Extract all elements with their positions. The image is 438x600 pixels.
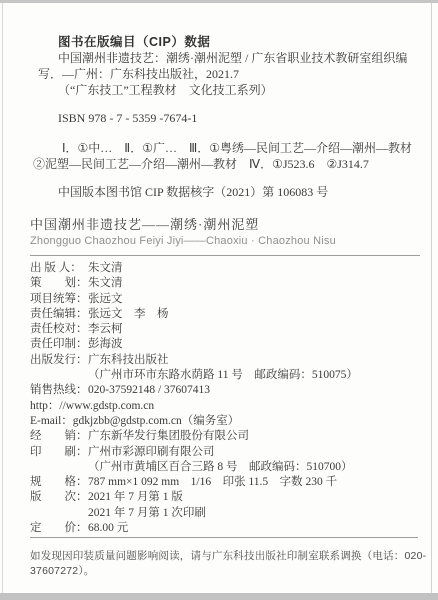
cip-classification-line-1: Ⅰ．①中… Ⅱ．①广… Ⅲ．①粤绣—民间工艺—介绍—潮州—教材: [38, 140, 420, 156]
colophon-row-publisher-address: （广州市环市东路水荫路 11 号 邮政编码：510075）: [30, 368, 428, 383]
colophon-row-editor: 责任编辑：张远文 李 杨: [30, 307, 428, 322]
colophon-label: 定 价：: [30, 521, 88, 536]
scan-edge-top: [0, 0, 438, 3]
colophon-row-printer-address: （广州市黄埔区百合三路 8 号 邮政编码：510700）: [30, 460, 428, 475]
colophon-value: 2021 年 7 月第 1 版: [88, 491, 183, 503]
colophon-label: 责任印制：: [30, 337, 88, 352]
colophon-row-edition: 版 次：2021 年 7 月第 1 版: [30, 490, 428, 505]
colophon-value: （广州市环市东路水荫路 11 号 邮政编码：510075）: [88, 369, 358, 381]
colophon-label: http：: [30, 399, 59, 414]
colophon-row-email: E-mail：gdkjzbb@gdstp.com.cn（编务室）: [30, 414, 428, 429]
print-quality-note: 如发现因印装质量问题影响阅读，请与广东科技出版社印制室联系调换（电话：020-3…: [30, 548, 432, 578]
colophon-label: 出版发行：: [30, 353, 88, 368]
divider-above-note: [30, 537, 418, 538]
colophon-row-publisher: 出版发行：广东科技出版社: [30, 353, 428, 368]
colophon-value: //www.gdstp.com.cn: [59, 400, 154, 412]
colophon-label: 策 划：: [30, 276, 88, 291]
colophon-label: 责任编辑：: [30, 307, 88, 322]
scan-edge-right: [431, 3, 432, 593]
colophon-row-website: http：//www.gdstp.com.cn: [30, 399, 428, 414]
book-title-pinyin: Zhongguo Chaozhou Feiyi Jiyi——Chaoxiu · …: [30, 235, 336, 247]
colophon-value: 787 mm×1 092 mm 1/16 印张 11.5 字数 230 千: [88, 476, 337, 488]
colophon-label: 印 刷：: [30, 445, 88, 460]
colophon-row-planner: 策 划：朱文清: [30, 276, 428, 291]
colophon-row-proofreader: 责任校对：李云柯: [30, 322, 428, 337]
colophon-label: E-mail：: [30, 414, 73, 429]
colophon-value: 张远文: [88, 293, 123, 305]
colophon-label: 规 格：: [30, 475, 88, 490]
cip-header: 图书在版编目（CIP）数据: [38, 34, 420, 50]
cip-description-line-1: 中国潮州非遗技艺：潮绣·潮州泥塑 / 广东省职业技术教研室组织编: [38, 50, 420, 66]
colophon-value: 李云柯: [88, 323, 123, 335]
colophon-label: 责任校对：: [30, 322, 88, 337]
colophon-block: 出 版 人：朱文清 策 划：朱文清 项目统筹：张远文 责任编辑：张远文 李 杨 …: [30, 261, 428, 536]
colophon-label: 销售热线：: [30, 383, 88, 398]
colophon-value: 2021 年 7 月第 1 次印刷: [88, 507, 206, 519]
isbn-number: ISBN 978 - 7 - 5359 -7674-1: [38, 110, 420, 126]
colophon-row-printer: 印 刷：广州市彩源印刷有限公司: [30, 445, 428, 460]
colophon-row-print-supervisor: 责任印制：彭海波: [30, 337, 428, 352]
colophon-value: （广州市黄埔区百合三路 8 号 邮政编码：510700）: [88, 461, 353, 473]
colophon-row-sales-hotline: 销售热线：020-37592148 / 37607413: [30, 383, 428, 398]
cip-record-number: 中国版本图书馆 CIP 数据核字（2021）第 106083 号: [38, 184, 420, 200]
cip-block: 图书在版编目（CIP）数据 中国潮州非遗技艺：潮绣·潮州泥塑 / 广东省职业技术…: [38, 34, 420, 200]
divider-under-title: [30, 255, 420, 256]
colophon-row-printing: 2021 年 7 月第 1 次印刷: [30, 506, 428, 521]
colophon-value: 68.00 元: [88, 522, 128, 534]
colophon-label: 版 次：: [30, 490, 88, 505]
book-copyright-page: 图书在版编目（CIP）数据 中国潮州非遗技艺：潮绣·潮州泥塑 / 广东省职业技术…: [0, 0, 438, 600]
colophon-value: 020-37592148 / 37607413: [88, 384, 210, 396]
colophon-row-project-coordinator: 项目统筹：张远文: [30, 292, 428, 307]
colophon-value: 广东新华发行集团股份有限公司: [88, 430, 249, 442]
scan-edge-bottom: [0, 593, 438, 600]
colophon-value: 彭海波: [88, 338, 123, 350]
colophon-row-price: 定 价：68.00 元: [30, 521, 428, 536]
scan-edge-left: [2, 3, 3, 593]
colophon-row-publisher-person: 出 版 人：朱文清: [30, 261, 428, 276]
colophon-label: 经 销：: [30, 429, 88, 444]
colophon-label: 项目统筹：: [30, 292, 88, 307]
colophon-value: 广州市彩源印刷有限公司: [88, 446, 215, 458]
colophon-value: gdkjzbb@gdstp.com.cn（编务室）: [73, 415, 239, 427]
cip-classification-line-2: ②泥塑—民间工艺—介绍—潮州—教材 Ⅳ．①J523.6 ②J314.7: [33, 156, 420, 172]
colophon-value: 广东科技出版社: [88, 354, 169, 366]
book-title-chinese: 中国潮州非遗技艺——潮绣·潮州泥塑: [30, 214, 259, 233]
colophon-label: 出 版 人：: [30, 261, 88, 276]
cip-description-line-2: 写．—广州：广东科技出版社，2021.7: [38, 66, 420, 82]
colophon-value: 张远文 李 杨: [88, 308, 169, 320]
colophon-row-distributor: 经 销：广东新华发行集团股份有限公司: [30, 429, 428, 444]
colophon-value: 朱文清: [88, 277, 123, 289]
colophon-row-format: 规 格：787 mm×1 092 mm 1/16 印张 11.5 字数 230 …: [30, 475, 428, 490]
colophon-value: 朱文清: [88, 262, 123, 274]
cip-series-line: （“广东技工”工程教材 文化技工系列）: [38, 82, 420, 98]
